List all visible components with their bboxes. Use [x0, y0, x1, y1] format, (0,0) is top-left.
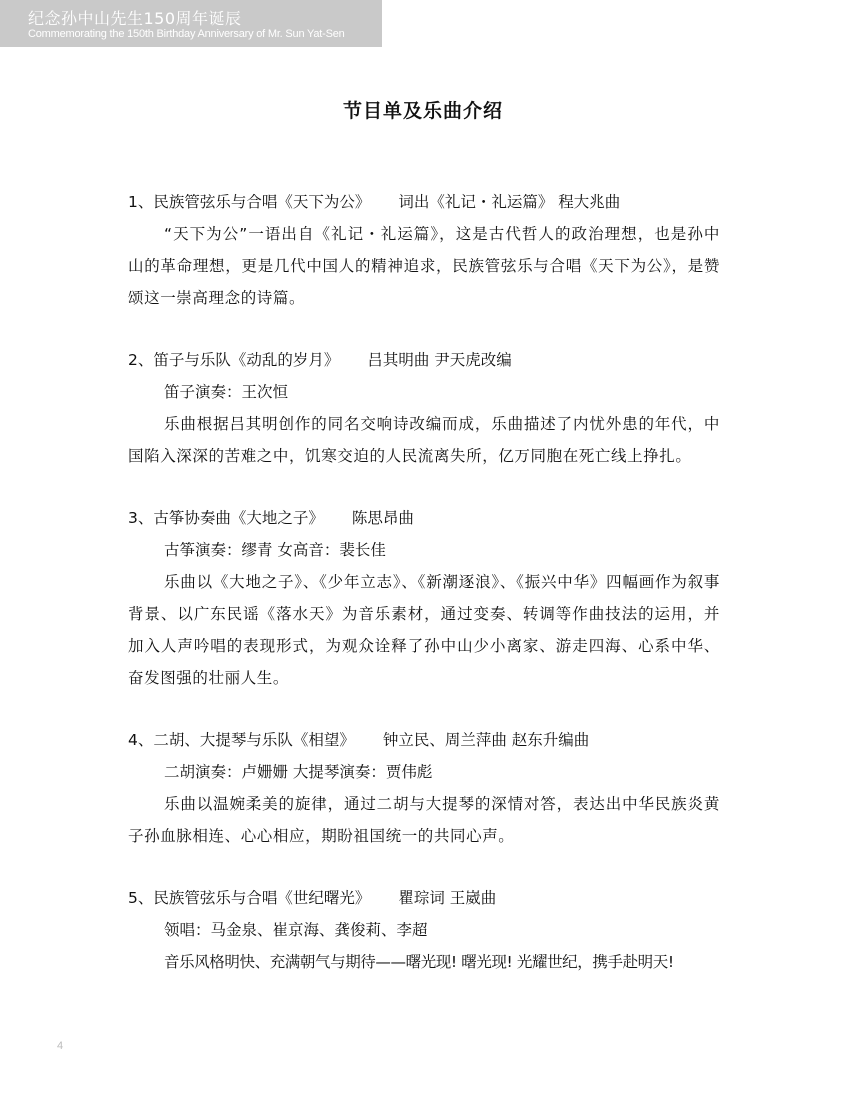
- program-credit: 陈思昂曲: [352, 509, 414, 527]
- header-band: 纪念孙中山先生150周年诞辰 Commemorating the 150th B…: [0, 0, 382, 47]
- program-performers: 二胡演奏：卢姗姗 大提琴演奏：贾伟彪: [128, 756, 720, 788]
- program-item-4: 4、二胡、大提琴与乐队《相望》钟立民、周兰萍曲 赵东升编曲 二胡演奏：卢姗姗 大…: [128, 724, 720, 852]
- program-heading: 2、笛子与乐队《动乱的岁月》: [128, 351, 339, 369]
- header-title-cn: 纪念孙中山先生150周年诞辰: [28, 6, 242, 29]
- program-heading: 5、民族管弦乐与合唱《世纪曙光》: [128, 889, 370, 907]
- program-description: 乐曲根据吕其明创作的同名交响诗改编而成，乐曲描述了内忧外患的年代，中国陷入深深的…: [128, 408, 720, 472]
- program-heading: 4、二胡、大提琴与乐队《相望》: [128, 731, 355, 749]
- program-performers: 笛子演奏：王次恒: [128, 376, 720, 408]
- page-number: 4: [57, 1040, 63, 1052]
- program-heading: 3、古筝协奏曲《大地之子》: [128, 509, 324, 527]
- program-credit: 钟立民、周兰萍曲 赵东升编曲: [383, 731, 589, 749]
- program-credit: 瞿琮词 王崴曲: [398, 889, 496, 907]
- program-item-1: 1、民族管弦乐与合唱《天下为公》词出《礼记・礼运篇》 程大兆曲 “天下为公”一语…: [128, 186, 720, 314]
- program-heading: 1、民族管弦乐与合唱《天下为公》: [128, 193, 370, 211]
- program-item-3: 3、古筝协奏曲《大地之子》陈思昂曲 古筝演奏：缪青 女高音：裴长佳 乐曲以《大地…: [128, 502, 720, 694]
- page-title: 节目单及乐曲介绍: [0, 96, 846, 123]
- program-credit: 词出《礼记・礼运篇》 程大兆曲: [398, 193, 620, 211]
- program-description: 音乐风格明快、充满朝气与期待——曙光现! 曙光现! 光耀世纪，携手赴明天!: [128, 946, 720, 978]
- program-list: 1、民族管弦乐与合唱《天下为公》词出《礼记・礼运篇》 程大兆曲 “天下为公”一语…: [128, 186, 720, 1008]
- program-description: “天下为公”一语出自《礼记・礼运篇》，这是古代哲人的政治理想，也是孙中山的革命理…: [128, 218, 720, 314]
- program-credit: 吕其明曲 尹天虎改编: [367, 351, 511, 369]
- header-title-en: Commemorating the 150th Birthday Anniver…: [28, 28, 345, 40]
- program-description: 乐曲以温婉柔美的旋律，通过二胡与大提琴的深情对答，表达出中华民族炎黄子孙血脉相连…: [128, 788, 720, 852]
- program-description: 乐曲以《大地之子》、《少年立志》、《新潮逐浪》、《振兴中华》四幅画作为叙事背景、…: [128, 566, 720, 694]
- program-item-5: 5、民族管弦乐与合唱《世纪曙光》瞿琮词 王崴曲 领唱：马金泉、崔京海、龚俊莉、李…: [128, 882, 720, 978]
- program-item-2: 2、笛子与乐队《动乱的岁月》吕其明曲 尹天虎改编 笛子演奏：王次恒 乐曲根据吕其…: [128, 344, 720, 472]
- program-performers: 古筝演奏：缪青 女高音：裴长佳: [128, 534, 720, 566]
- program-performers: 领唱：马金泉、崔京海、龚俊莉、李超: [128, 914, 720, 946]
